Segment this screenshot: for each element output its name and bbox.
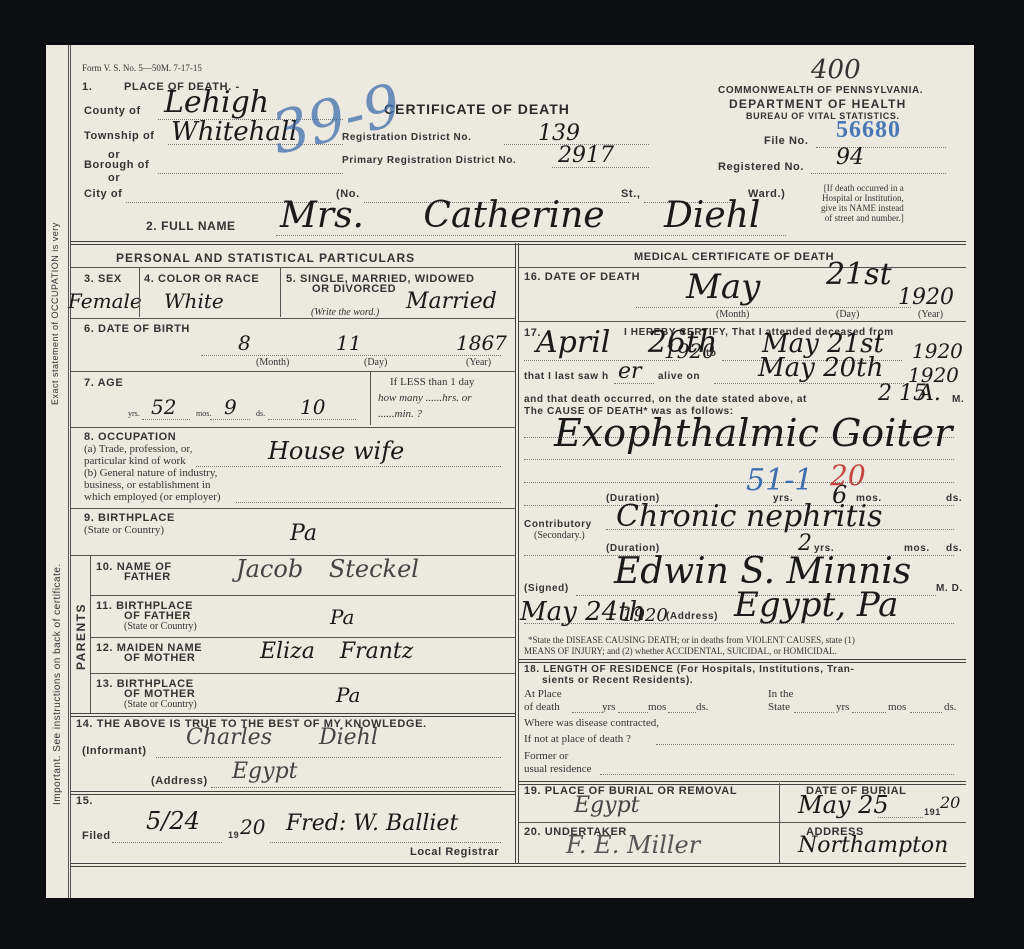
date-of-death-year: 1920: [898, 285, 954, 310]
footnote-line1: *State the DISEASE CAUSING DEATH; or in …: [528, 635, 855, 645]
hospital-note: [If death occurred in a Hospital or Inst…: [821, 183, 904, 223]
father-name-value: Jacob Steckel: [236, 555, 419, 583]
filed-label: Filed: [82, 830, 111, 842]
mother-name-label-2: OF MOTHER: [124, 652, 195, 664]
occupation-b-line3: which employed (or employer): [84, 491, 221, 503]
dob-year: 1867: [456, 331, 507, 355]
burial-year: 20: [940, 793, 960, 812]
death-year-caption: (Year): [918, 309, 943, 320]
or-label: or: [108, 172, 120, 184]
occupation-b-line2: business, or establishment in: [84, 479, 211, 491]
filing-number: 15.: [76, 795, 93, 807]
date-of-death-day: 21st: [826, 257, 892, 292]
local-registrar-signature: Fred: W. Balliet: [286, 811, 458, 836]
age-ds-label: ds.: [256, 409, 265, 418]
contracted-label: Where was disease contracted,: [524, 717, 659, 729]
age-months: 9: [224, 395, 237, 419]
at-place-label-2: of death: [524, 701, 560, 713]
occupation-a-line2: particular kind of work: [84, 455, 186, 467]
mother-name-value: Eliza Frantz: [260, 639, 413, 664]
occupation-value: House wife: [268, 437, 404, 465]
date-of-death-month: May: [686, 267, 760, 307]
occupation-a-line1: (a) Trade, profession, or,: [84, 443, 192, 455]
annotation-400: 400: [811, 55, 861, 85]
footnote-line2: MEANS OF INJURY; and (2) whether ACCIDEN…: [524, 646, 837, 656]
informant-value: Charles Diehl: [186, 725, 378, 750]
form-number: Form V. S. No. 5—50M. 7-17-15: [82, 63, 202, 73]
parents-side-label: PARENTS: [74, 603, 88, 670]
in-state-ds: ds.: [944, 701, 957, 713]
dob-month: 8: [238, 331, 251, 355]
residence-heading: 18. LENGTH OF RESIDENCE (For Hospitals, …: [524, 664, 854, 675]
burial-place-value: Egypt: [574, 793, 640, 818]
md-label: M. D.: [936, 583, 963, 594]
cause-of-death-value: Exophthalmic Goiter: [554, 411, 952, 455]
contributory-value: Chronic nephritis: [616, 499, 883, 534]
filed-year-prefix: 19: [228, 830, 239, 840]
undertaker-signature: F. E. Miller: [566, 831, 700, 859]
margin-note-instructions: Important. See instructions on back of c…: [52, 563, 63, 805]
marital-hint: (Write the word.): [311, 307, 379, 318]
death-time-ampm: A.: [918, 381, 941, 406]
birthplace-value: Pa: [290, 521, 317, 546]
residence-heading-2: sients or Recent Residents).: [542, 675, 693, 686]
local-registrar-label: Local Registrar: [410, 846, 499, 858]
sex-value: Female: [68, 289, 142, 313]
filed-year: 20: [240, 815, 265, 839]
month-caption: (Month): [256, 357, 289, 368]
race-value: White: [164, 289, 224, 313]
medical-heading: MEDICAL CERTIFICATE OF DEATH: [634, 251, 834, 263]
city-label: City of: [84, 188, 122, 200]
to-label: to: [706, 348, 717, 359]
occupation-b-line1: (b) General nature of industry,: [84, 467, 217, 479]
in-state-mos: mos: [888, 701, 906, 713]
date-of-birth-label: 6. DATE OF BIRTH: [84, 323, 190, 335]
physician-address-value: Egypt, Pa: [734, 585, 898, 625]
last-saw-label: that I last saw h: [524, 371, 609, 382]
race-label: 4. COLOR OR RACE: [144, 273, 259, 285]
contributory-ds: ds.: [946, 543, 962, 554]
cause-duration-ds: ds.: [946, 493, 962, 504]
margin-note-occupation: Exact statement of OCCUPATION is very: [50, 222, 60, 405]
filed-date: 5/24: [146, 807, 200, 835]
mother-birthplace-value: Pa: [336, 683, 360, 707]
mother-birthplace-hint: (State or Country): [124, 699, 197, 710]
age-label: 7. AGE: [84, 377, 123, 389]
less-than-day-line2: how many ......hrs. or: [378, 392, 472, 404]
at-place-ds: ds.: [696, 701, 709, 713]
death-month-caption: (Month): [716, 309, 749, 320]
less-than-day-line1: If LESS than 1 day: [390, 376, 474, 388]
issuer-line1: COMMONWEALTH OF PENNSYLVANIA.: [718, 85, 923, 96]
county-label: County of: [84, 105, 141, 117]
last-saw-pronoun: er: [618, 359, 642, 384]
informant-address-label: (Address): [151, 775, 208, 787]
contributory-hint: (Secondary.): [534, 530, 585, 541]
borough-label: Borough of: [84, 159, 149, 171]
at-place-yrs: yrs: [602, 701, 615, 713]
less-than-day-line3: ......min. ?: [378, 408, 422, 420]
primary-district-label: Primary Registration District No.: [342, 155, 516, 166]
file-number-label: File No.: [764, 135, 809, 147]
at-place-mos: mos: [648, 701, 666, 713]
burial-year-prefix: 191: [924, 807, 941, 817]
age-days: 10: [300, 395, 325, 419]
primary-district-value: 2917: [558, 143, 614, 168]
registered-number-label: Registered No.: [718, 161, 804, 173]
alive-on-value: May 20th: [758, 353, 883, 383]
age-years: 52: [151, 395, 176, 419]
file-number-stamp: 56680: [836, 117, 901, 144]
alive-on-label: alive on: [658, 371, 700, 382]
at-place-label: At Place: [524, 688, 562, 700]
former-residence-label-2: usual residence: [524, 763, 592, 775]
dob-day: 11: [336, 331, 361, 355]
death-certificate: Exact statement of OCCUPATION is very Im…: [46, 45, 974, 898]
certificate-title: CERTIFICATE OF DEATH: [384, 101, 570, 117]
issuer-line2: DEPARTMENT OF HEALTH: [729, 97, 907, 111]
father-name-label-2: FATHER: [124, 571, 171, 583]
age-yrs-label: yrs.: [128, 409, 140, 418]
contributory-label: Contributory: [524, 519, 592, 530]
informant-address-value: Egypt: [232, 759, 298, 784]
birthplace-hint: (State or Country): [84, 524, 164, 536]
birthplace-label: 9. BIRTHPLACE: [84, 512, 175, 524]
physician-address-label: (Address): [666, 611, 718, 622]
county-value: Lehigh: [164, 85, 269, 120]
in-state-label: In the: [768, 688, 793, 700]
informant-label: (Informant): [82, 745, 147, 757]
attended-to-year: 1920: [912, 339, 963, 363]
father-birthplace-hint: (State or Country): [124, 621, 197, 632]
marital-value: Married: [406, 289, 497, 314]
day-caption: (Day): [364, 357, 387, 368]
signed-label: (Signed): [524, 583, 569, 594]
date-of-death-label: 16. DATE OF DEATH: [524, 271, 640, 283]
sex-label: 3. SEX: [84, 273, 122, 285]
in-state-yrs: yrs: [836, 701, 849, 713]
death-day-caption: (Day): [836, 309, 859, 320]
full-name-label: 2. FULL NAME: [146, 219, 236, 233]
full-name-value: Mrs. Catherine Diehl: [280, 195, 760, 236]
contracted-label-2: If not at place of death ?: [524, 733, 631, 745]
personal-heading: PERSONAL AND STATISTICAL PARTICULARS: [116, 251, 415, 265]
year-caption: (Year): [466, 357, 491, 368]
occupation-label: 8. OCCUPATION: [84, 431, 176, 443]
in-state-label-2: State: [768, 701, 790, 713]
death-time-m: M.: [952, 394, 964, 405]
marital-label-2: OR DIVORCED: [312, 283, 396, 295]
township-label: Township of: [84, 130, 155, 142]
former-residence-label: Former or: [524, 750, 568, 762]
burial-date-value: May 25: [798, 791, 889, 819]
father-birthplace-value: Pa: [330, 605, 354, 629]
undertaker-address-value: Northampton: [798, 833, 948, 858]
age-mos-label: mos.: [196, 409, 211, 418]
place-of-death-number: 1.: [82, 81, 92, 93]
death-time-text: and that death occurred, on the date sta…: [524, 394, 807, 405]
registered-number-value: 94: [836, 145, 864, 170]
